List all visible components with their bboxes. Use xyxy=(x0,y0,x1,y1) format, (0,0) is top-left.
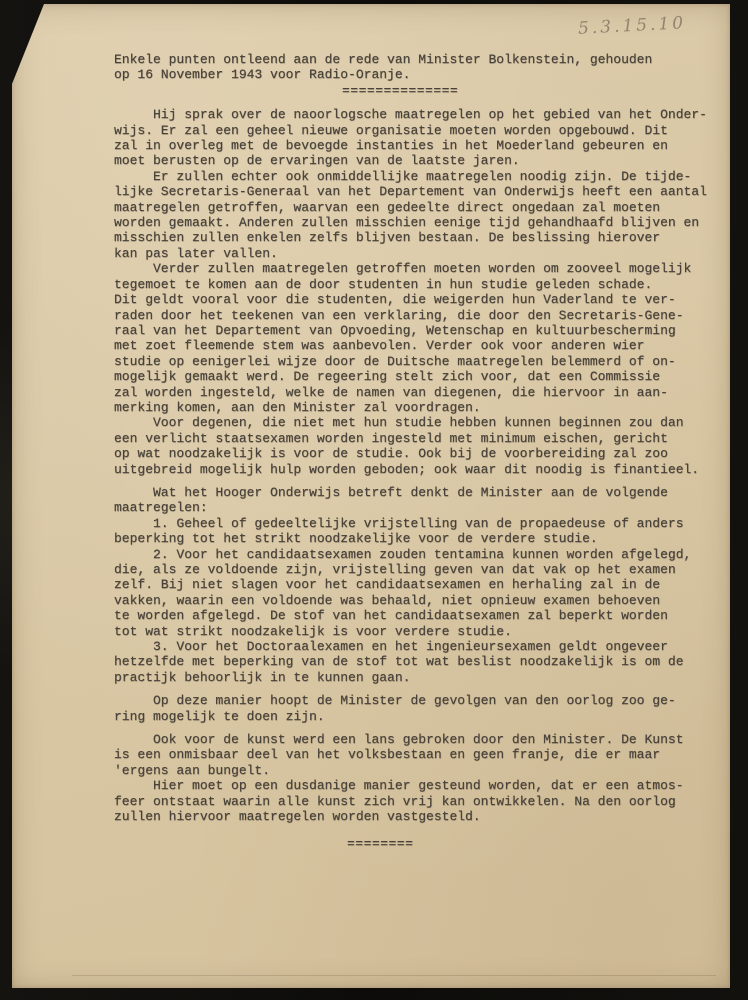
document-title-line-1: Enkele punten ontleend aan de rede van M… xyxy=(114,52,694,67)
paragraph-block-higher-education: Wat het Hooger Onderwijs betreft denkt d… xyxy=(114,485,694,685)
document-content: Enkele punten ontleend aan de rede van M… xyxy=(114,52,694,851)
document-title-line-2: op 16 November 1943 voor Radio-Oranje. xyxy=(114,67,694,82)
title-separator: ============== xyxy=(114,83,694,98)
paragraph-block-postwar-measures: Hij sprak over de naoorlogsche maatregel… xyxy=(114,107,694,477)
end-separator: ======== xyxy=(114,836,694,851)
document-page: 5.3.15.10 Enkele punten ontleend aan de … xyxy=(12,4,730,988)
paragraph-block-art: Ook voor de kunst werd een lans gebroken… xyxy=(114,732,694,824)
paragraph-block-war-consequences: Op deze manier hoopt de Minister de gevo… xyxy=(114,693,694,724)
pencil-annotation: 5.3.15.10 xyxy=(578,13,687,39)
